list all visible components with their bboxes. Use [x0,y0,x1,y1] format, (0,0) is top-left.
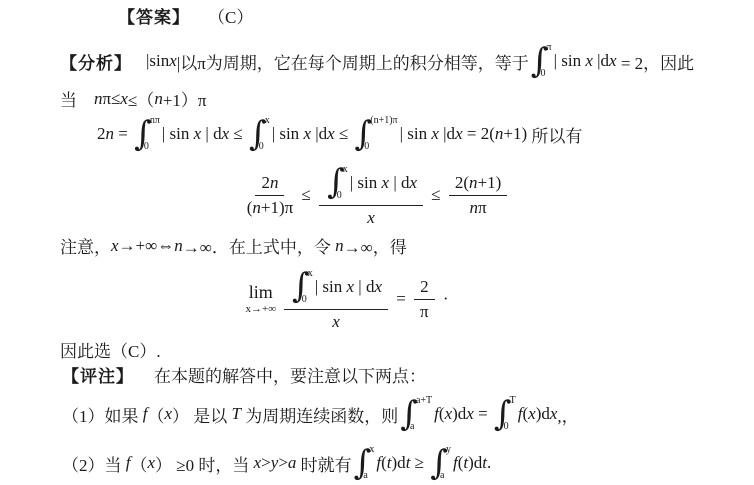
fraction-denominator: (n+1)π [247,196,294,218]
remark-label: 【评注】 [62,362,134,387]
fraction-denominator: nπ [470,196,487,218]
integral-lower-limit: 0 [144,142,154,152]
math-text: x [528,404,536,424]
math-text: 2( [455,173,469,193]
note-line: 注意，x→+∞⇔n→∞．在上式中，令 n→∞，得 [60,233,407,258]
integral: ∫π0 [531,41,552,81]
integral-upper-limit: π [547,43,552,53]
integral: ∫T0 [494,394,516,434]
math-text: ≥ [410,453,428,473]
integral-limits: a+Ta [416,394,432,434]
remark-point-1: （1）如果 f（x） 是以 T 为周期连续函数，则∫a+Taf(x)dx = ∫… [62,390,579,438]
math-text: x [382,173,390,193]
integral-lower-limit: a [440,471,445,481]
integral: ∫a+Ta [400,394,432,434]
limit-operator: lim [249,283,273,301]
integral: ∫ya [430,443,451,483]
math-text: x [609,51,617,71]
math-text: x [374,277,382,297]
math-text: ） 是以 [172,402,232,427]
math-text: n [270,173,279,193]
math-text: π [420,302,429,322]
math-text: +1）π [163,86,207,111]
integral-upper-limit: (n+1)π [370,116,397,126]
math-text: π [478,198,487,218]
integral-lower-limit: 0 [541,69,546,79]
remark-point-2: （2）当 f（x） ≥0 时，当 x>y>a 时就有∫xaf(t)dt ≥ ∫y… [62,440,491,485]
integral-limits: T0 [510,394,516,434]
math-text: )d [452,404,466,424]
math-text: T [232,404,241,424]
math-text: x [327,124,335,144]
integral-upper-limit: y [446,445,451,455]
math-text: )d [536,404,550,424]
math-text: 当 [60,86,94,111]
math-text: x [120,89,128,109]
integral-upper-limit: nπ [150,116,160,126]
math-text: x [254,453,262,473]
integral-limits: ya [446,443,451,483]
analysis-line: 【分析】 |sinx|以π为周期，它在每个周期上的积分相等，等于∫π0| sin… [60,39,694,83]
fraction: 2n(n+1)π [247,173,294,218]
math-text: ≤ [229,124,247,144]
integral-lower-limit: 0 [259,142,264,152]
integral: ∫xa [354,443,375,483]
fraction: ∫x0| sin x | dxx [319,163,423,228]
math-text: y [271,453,279,473]
math-text: 注意， [60,233,111,258]
fraction-numerator: ∫x0| sin x | dx [319,163,423,206]
math-text: x [347,277,355,297]
integral-lower-limit: a [363,471,368,481]
math-text: ≤ [297,185,315,205]
math-text: n [94,89,103,109]
math-text: x [147,453,155,473]
math-text: x [332,312,340,332]
math-text: |d [593,51,609,71]
math-text: x [550,404,558,424]
integral-lower-limit: 0 [337,191,342,201]
display-formula-fraction-inequality: 2n(n+1)π ≤ ∫x0| sin x | dxx ≤ 2(n+1)nπ [0,159,754,231]
limit: limx→+∞ [245,283,276,315]
integral-limits: x0 [343,163,348,203]
integral-upper-limit: T [510,396,516,406]
math-text: x [466,404,474,424]
math-text: | sin [400,124,432,144]
math-text: ≤ [427,185,445,205]
math-text: n [469,173,478,193]
math-text: 时就有 [296,451,351,476]
math-text: x [111,236,119,256]
math-text: x [431,124,439,144]
math-text: = [474,404,492,424]
math-text: x [455,124,463,144]
integral-limits: x0 [308,267,313,307]
math-text: π≤ [103,89,121,109]
math-text: |sin [146,51,169,71]
fraction: 2(n+1)nπ [449,173,507,218]
fraction: ∫x0| sin x | dxx [284,267,388,332]
math-text: | sin [162,124,194,144]
math-text: +1) [503,124,531,144]
math-text: ,， [557,402,578,427]
math-text: x [164,404,172,424]
math-text: = [114,124,132,144]
conclusion-text: 因此选（C）. [60,337,161,362]
math-text: n [470,198,479,218]
integral-lower-limit: 0 [302,295,307,305]
math-text: 所以有 [531,122,582,147]
math-text: →+∞⇔ [119,236,175,256]
math-text: x [367,208,375,228]
math-text: )d [468,453,482,473]
fraction-denominator: π [420,300,429,322]
answer-line: 【答案】 （C） [118,3,253,28]
math-text: |d [439,124,455,144]
integral-limits: π0 [547,41,552,81]
math-text: 2 [97,124,106,144]
math-text: （ [147,402,164,427]
math-text: （ [130,451,147,476]
conclusion-line: 因此选（C）. [60,337,161,362]
integral-upper-limit: x [265,116,270,126]
math-text: · [439,289,449,309]
math-text: = 2，因此 [617,49,695,74]
integral: ∫x0 [292,267,313,307]
math-text: | d [389,173,409,193]
math-text: x [303,124,311,144]
integral-lower-limit: 0 [504,422,510,432]
math-text: x [194,124,202,144]
math-text: ≤（ [128,86,154,111]
fraction: 2π [414,277,435,322]
math-text: n [174,236,183,256]
math-solution-document: 【答案】 （C） 【分析】 |sinx|以π为周期，它在每个周期上的积分相等，等… [0,0,754,485]
math-text: +1)π [261,198,293,218]
math-text: x [585,51,593,71]
math-text: = [392,289,410,309]
display-formula-limit: limx→+∞∫x0| sin x | dxx = 2π · [0,261,724,337]
math-text: 为周期连续函数，则 [241,402,398,427]
integral-limits: xa [369,443,374,483]
math-text: →∞．在上式中，令 [183,233,335,258]
math-text: n [252,198,261,218]
integral: ∫nπ0 [134,114,160,154]
math-text: |d [311,124,327,144]
integral-upper-limit: x [308,269,313,279]
fraction-numerator: 2n [255,173,284,196]
fraction-denominator: x [332,310,340,332]
integral: ∫x0 [249,114,270,154]
math-text: ≤ [335,124,353,144]
analysis-formula: |sinx|以π为周期，它在每个周期上的积分相等，等于∫π0| sin x |d… [146,41,694,81]
math-text: | sin [272,124,304,144]
math-text: > [261,453,271,473]
analysis-condition-line: 当 nπ≤x≤（n+1）π [60,86,206,111]
math-text: →∞，得 [344,233,407,258]
math-text: | sin [554,51,586,71]
fraction-numerator: 2 [414,277,435,300]
remark-line: 【评注】 在本题的解答中，要注意以下两点： [62,362,426,387]
math-text: ） ≥0 时，当 [155,451,254,476]
integral-lower-limit: 0 [364,142,391,152]
math-text: （2）当 [62,451,126,476]
integral-upper-limit: a+T [416,396,432,406]
fraction-denominator: x [367,206,375,228]
math-text: a [288,453,297,473]
remark-text: 在本题的解答中，要注意以下两点： [154,362,426,387]
math-text: > [278,453,288,473]
math-text: = 2( [463,124,495,144]
math-text: x [222,124,230,144]
integral: ∫(n+1)π0 [355,114,398,154]
math-text: | d [201,124,221,144]
answer-label: 【答案】 [118,3,190,28]
math-text: n [154,89,163,109]
math-text: n [495,124,504,144]
integral-limits: nπ0 [150,114,160,154]
math-text: （1）如果 [62,402,143,427]
math-text: . [487,453,491,473]
math-text: n [335,236,344,256]
math-text: 2 [420,277,429,297]
math-text: x [409,173,417,193]
math-text: x [445,404,453,424]
integral-lower-limit: a [410,422,426,432]
integral-limits: x0 [265,114,270,154]
integral: ∫x0 [327,163,348,203]
analysis-label: 【分析】 [60,49,132,74]
limit-subscript: x→+∞ [245,304,276,315]
math-text: | sin [350,173,382,193]
math-text: | d [354,277,374,297]
math-text: | sin [315,277,347,297]
answer-value: （C） [208,3,253,28]
display-formula-integral-chain: 2n = ∫nπ0| sin x | dx ≤ ∫x0| sin x |dx ≤… [97,109,582,159]
math-text: )d [392,453,406,473]
math-text: 2 [261,173,270,193]
fraction-numerator: ∫x0| sin x | dx [284,267,388,310]
math-text: n [106,124,115,144]
math-text: x [169,51,177,71]
math-text: |以π为周期，它在每个周期上的积分相等，等于 [177,49,529,74]
math-text: +1) [478,173,502,193]
integral-upper-limit: x [369,445,374,455]
fraction-numerator: 2(n+1) [449,173,507,196]
integral-upper-limit: x [343,165,348,175]
integral-limits: (n+1)π0 [370,114,397,154]
